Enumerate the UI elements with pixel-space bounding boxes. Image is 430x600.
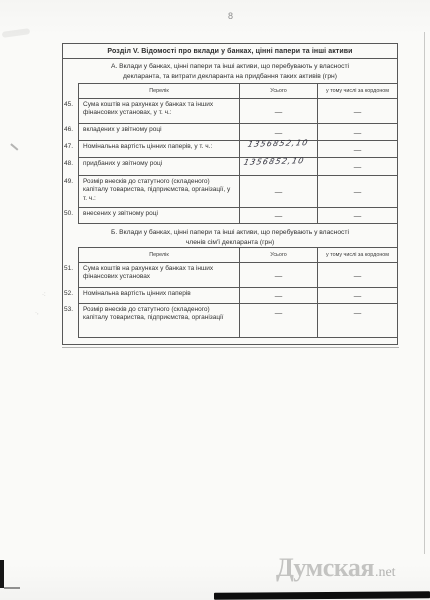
- row-number: 51.: [64, 265, 78, 272]
- row-label: Сума коштів на рахунках у банках та інши…: [79, 99, 239, 123]
- page-edge-line: [424, 32, 425, 554]
- scan-corner-tick: [4, 587, 20, 589]
- watermark-text: Думская: [276, 553, 374, 583]
- row-total-value: —: [239, 304, 317, 337]
- part-a-subtitle-line2: декларанта, та витрати декларанта на при…: [63, 72, 397, 82]
- scan-double-line: [62, 347, 399, 348]
- part-a-subtitle-line1: А. Вклади у банках, цінні папери та інші…: [63, 62, 397, 72]
- pencil-mark: ·:: [42, 292, 46, 298]
- col-header-item: Перелік: [79, 248, 239, 262]
- table-row: 47. Номінальна вартість цінних паперів, …: [79, 140, 397, 157]
- pencil-mark: ·,: [35, 310, 39, 316]
- col-header-abroad: у тому числі за кордоном: [317, 84, 397, 98]
- row-abroad-value: —: [317, 124, 397, 140]
- row-total-value: —: [239, 99, 317, 123]
- row-abroad-value: —: [317, 176, 397, 207]
- row-total-value: —: [239, 208, 317, 223]
- handwritten-amount: 1356852,10: [243, 156, 306, 167]
- section-v-title: Розділ V. Відомості про вклади у банках,…: [63, 44, 397, 59]
- col-header-total: Усього: [239, 248, 317, 262]
- scan-bottom-strip: [214, 591, 430, 600]
- part-a-subtitle: А. Вклади у банках, цінні папери та інші…: [63, 62, 397, 81]
- table-header-row: Перелік Усього у тому числі за кордоном: [79, 84, 397, 98]
- table-row: 49. Розмір внесків до статутного (складе…: [79, 175, 397, 207]
- table-row: 46. вкладених у звітному році — —: [79, 123, 397, 140]
- scanned-declaration-page: 8 Розділ V. Відомості про вклади у банка…: [0, 0, 430, 600]
- scan-corner-mark: [0, 560, 4, 588]
- row-label: Номінальна вартість цінних паперів, у т.…: [79, 141, 239, 157]
- row-number: 52.: [64, 290, 78, 297]
- row-label: вкладених у звітному році: [79, 124, 239, 140]
- part-b-subtitle-line1: Б. Вклади у банках, цінні папери та інші…: [63, 228, 397, 238]
- row-label: Сума коштів на рахунках у банках та інши…: [79, 263, 239, 287]
- row-abroad-value: —: [317, 208, 397, 223]
- section-v-box: Розділ V. Відомості про вклади у банках,…: [62, 43, 398, 345]
- row-number: 48.: [64, 160, 78, 167]
- row-abroad-value: —: [317, 304, 397, 337]
- row-total-value: —: [239, 176, 317, 207]
- row-total-value: —: [239, 288, 317, 303]
- row-number: 46.: [64, 126, 78, 133]
- table-family-assets: Перелік Усього у тому числі за кордоном …: [78, 247, 398, 338]
- row-number: 47.: [64, 143, 78, 150]
- part-b-subtitle: Б. Вклади у банках, цінні папери та інші…: [63, 228, 397, 247]
- row-number: 45.: [64, 101, 78, 108]
- row-number: 49.: [64, 178, 78, 185]
- scan-smudge: [2, 28, 31, 38]
- col-header-abroad: у тому числі за кордоном: [317, 248, 397, 262]
- page-number: 8: [228, 11, 233, 21]
- row-label: Розмір внесків до статутного (складеного…: [79, 176, 239, 207]
- row-abroad-value: —: [317, 288, 397, 303]
- row-number: 50.: [64, 210, 78, 217]
- watermark-suffix: .net: [375, 565, 396, 581]
- table-row: 45. Сума коштів на рахунках у банках та …: [79, 98, 397, 123]
- row-label: внесених у звітному році: [79, 208, 239, 223]
- table-row: 52. Номінальна вартість цінних паперів —…: [79, 287, 397, 303]
- table-row: 51. Сума коштів на рахунках у банках та …: [79, 262, 397, 287]
- part-b-subtitle-line2: членів сім'ї декларанта (грн): [63, 238, 397, 248]
- row-abroad-value: —: [317, 141, 397, 157]
- handwritten-amount: 1356852,10: [247, 138, 310, 149]
- table-row: 53. Розмір внесків до статутного (складе…: [79, 303, 397, 337]
- col-header-item: Перелік: [79, 84, 239, 98]
- table-header-row: Перелік Усього у тому числі за кордоном: [79, 248, 397, 262]
- watermark: Думская .net: [276, 553, 396, 583]
- row-label: придбаних у звітному році: [79, 158, 239, 175]
- table-row: 48. придбаних у звітному році —: [79, 157, 397, 175]
- row-abroad-value: —: [317, 99, 397, 123]
- row-abroad-value: —: [317, 158, 397, 175]
- table-row: 50. внесених у звітному році — —: [79, 207, 397, 223]
- row-label: Розмір внесків до статутного (складеного…: [79, 304, 239, 337]
- row-total-value: —: [239, 263, 317, 287]
- row-abroad-value: —: [317, 263, 397, 287]
- col-header-total: Усього: [239, 84, 317, 98]
- pencil-mark: [11, 143, 19, 150]
- row-number: 53.: [64, 306, 78, 313]
- row-label: Номінальна вартість цінних паперів: [79, 288, 239, 303]
- table-declarant-assets: Перелік Усього у тому числі за кордоном …: [78, 83, 398, 224]
